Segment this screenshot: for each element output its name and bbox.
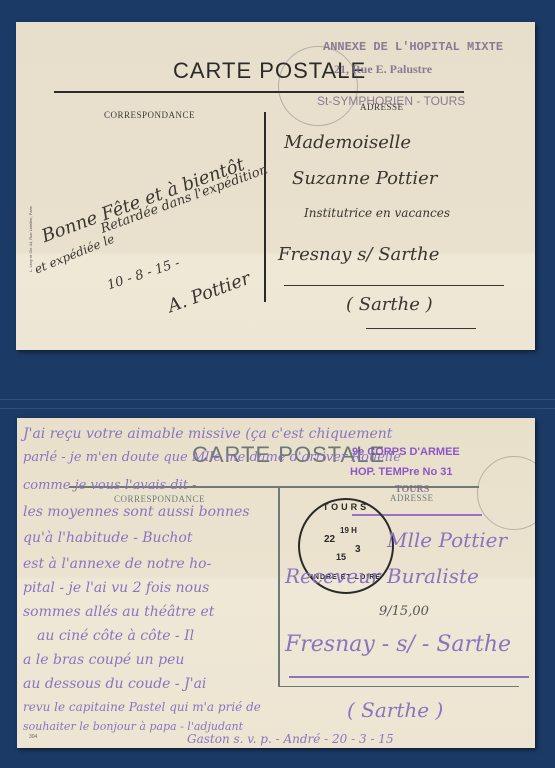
address-note: 9/15,00 <box>379 604 429 619</box>
hospital-stamp-line3: St-SYMPHORIEN - TOURS <box>317 94 465 108</box>
faint-postmark <box>477 456 535 530</box>
message-line: au dessous du coude - J'ai <box>23 676 206 692</box>
address-line: Fresnay s/ Sarthe <box>278 244 439 265</box>
address-box-rule <box>279 686 519 687</box>
correspondence-label: CORRESPONDANCE <box>114 494 205 504</box>
postmark-city: TOURS <box>300 502 392 512</box>
postcard-front-address-side: CARTE POSTALE CORRESPONDANCE ADRESSE L. … <box>16 22 535 350</box>
message-line: pital - je l'ai vu 2 fois nous <box>23 580 209 596</box>
correspondence-label: CORRESPONDANCE <box>104 110 195 120</box>
background-line <box>0 408 555 409</box>
message-line: revu le capitaine Pastel qui m'a prié de <box>23 700 261 714</box>
divider-rule <box>264 112 266 302</box>
hospital-stamp-line2: 21, Rue E. Palustre <box>334 62 432 77</box>
message-signature-date: Gaston s. v. p. - André - 20 - 3 - 15 <box>187 732 394 746</box>
address-line: Mademoiselle <box>284 132 411 153</box>
postcard-back-address-side: CARTE POSTALE CORRESPONDANCE ADRESSE 304… <box>17 418 535 748</box>
message-date: 10 - 8 - 15 - <box>106 256 182 294</box>
message-line: qu'à l'habitude - Buchot <box>23 530 193 546</box>
address-underline <box>289 676 529 678</box>
faint-postmark <box>278 46 358 126</box>
address-line: Institutrice en vacances <box>304 206 450 220</box>
military-stamp-line3: TOURS <box>395 484 429 495</box>
postmark-year: 15 <box>336 552 346 562</box>
address-line: Fresnay - s/ - Sarthe <box>285 632 511 657</box>
message-line: comme je vous l'avais dit - <box>23 478 197 493</box>
message-line: J'ai reçu votre aimable missive (ça c'es… <box>23 426 392 442</box>
postmark-month: 3 <box>355 544 361 555</box>
address-line: ( Sarthe ) <box>347 698 443 722</box>
hospital-stamp-line1: ANNEXE DE L'HOPITAL MIXTE <box>323 40 503 54</box>
message-line: Bonne Fête et à bientôt <box>39 154 248 247</box>
message-line: sommes allés au théâtre et <box>23 604 214 620</box>
message-line: a le bras coupé un peu <box>23 652 184 668</box>
message-line: les moyennes sont aussi bonnes <box>23 504 250 520</box>
message-line: parlé - je m'en doute que Mlle me dame d… <box>23 450 401 465</box>
divider-rule <box>278 487 280 687</box>
title-rule <box>54 91 464 93</box>
signature: A. Pottier <box>165 268 253 317</box>
address-line: ( Sarthe ) <box>346 294 433 315</box>
background-line <box>0 399 555 400</box>
address-underline <box>284 285 504 286</box>
address-line: Suzanne Pottier <box>292 168 437 189</box>
address-line: Receveur Buraliste <box>285 564 479 588</box>
message-line: au ciné côte à côte - Il <box>37 628 194 644</box>
military-stamp-line2: HOP. TEMPre No 31 <box>350 466 453 478</box>
message-line: est à l'annexe de notre ho- <box>23 556 211 572</box>
address-underline <box>366 328 476 329</box>
postmark-time: 19 H <box>340 526 357 535</box>
address-line: Mlle Pottier <box>387 528 507 552</box>
postmark-day: 22 <box>324 534 335 545</box>
card-number: 304 <box>29 734 37 740</box>
